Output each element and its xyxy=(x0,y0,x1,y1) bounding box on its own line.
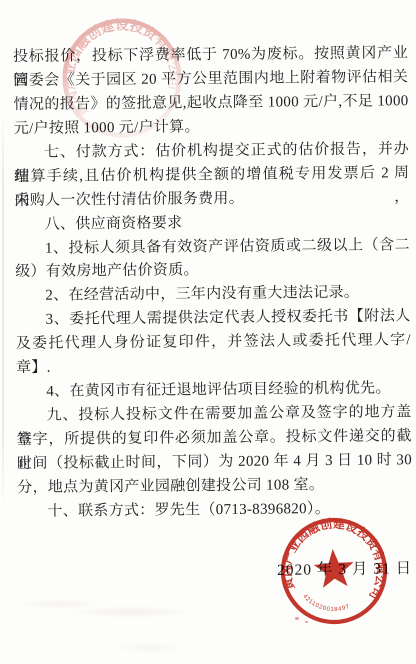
ink-speck xyxy=(295,617,299,620)
document-line: 结算手续,且估价机构提供全额的增值税专用发票后 2 周内， xyxy=(14,162,409,190)
document-line: 七、付款方式：估价机构提交正式的估价报告，并办理 xyxy=(14,138,409,166)
company-seal-stamp: 黄冈产业园融创建设投资有限公司 4211020018497 xyxy=(271,508,396,633)
document-line: 时间（投标截止时间，下同）为 2020 年 4 月 3 日 10 时 30 xyxy=(17,449,412,477)
document-line: 管委会《关于园区 20 平方公里范围内地上附着物评估相关 xyxy=(13,66,408,94)
document-line: 及委托代理人身份证复印件，并签法人或委托代理人字/ xyxy=(16,329,411,357)
document-body: 投标报价，投标下浮费率低于 70%为废标。按照黄冈产业园管委会《关于园区 20 … xyxy=(13,42,413,525)
company-seal-graphic: 黄冈产业园融创建设投资有限公司 4211020018497 xyxy=(271,508,396,633)
star-icon xyxy=(311,547,354,590)
document-line: 1、投标人须具备有效资产评估资质或二级以上（含二 xyxy=(15,234,410,262)
scan-edge-artifact xyxy=(2,110,4,510)
document-line: 情况的报告》的签批意见,起收点降至 1000 元/户,不足 1000 xyxy=(13,90,408,118)
scanned-document-page: 黄冈产业园融创建设投资有限公司 投标报价，投标下浮费率低于 70%为废标。按照黄… xyxy=(0,0,416,664)
seal-registration-number: 4211020018497 xyxy=(300,593,352,615)
ink-speck xyxy=(305,621,308,623)
